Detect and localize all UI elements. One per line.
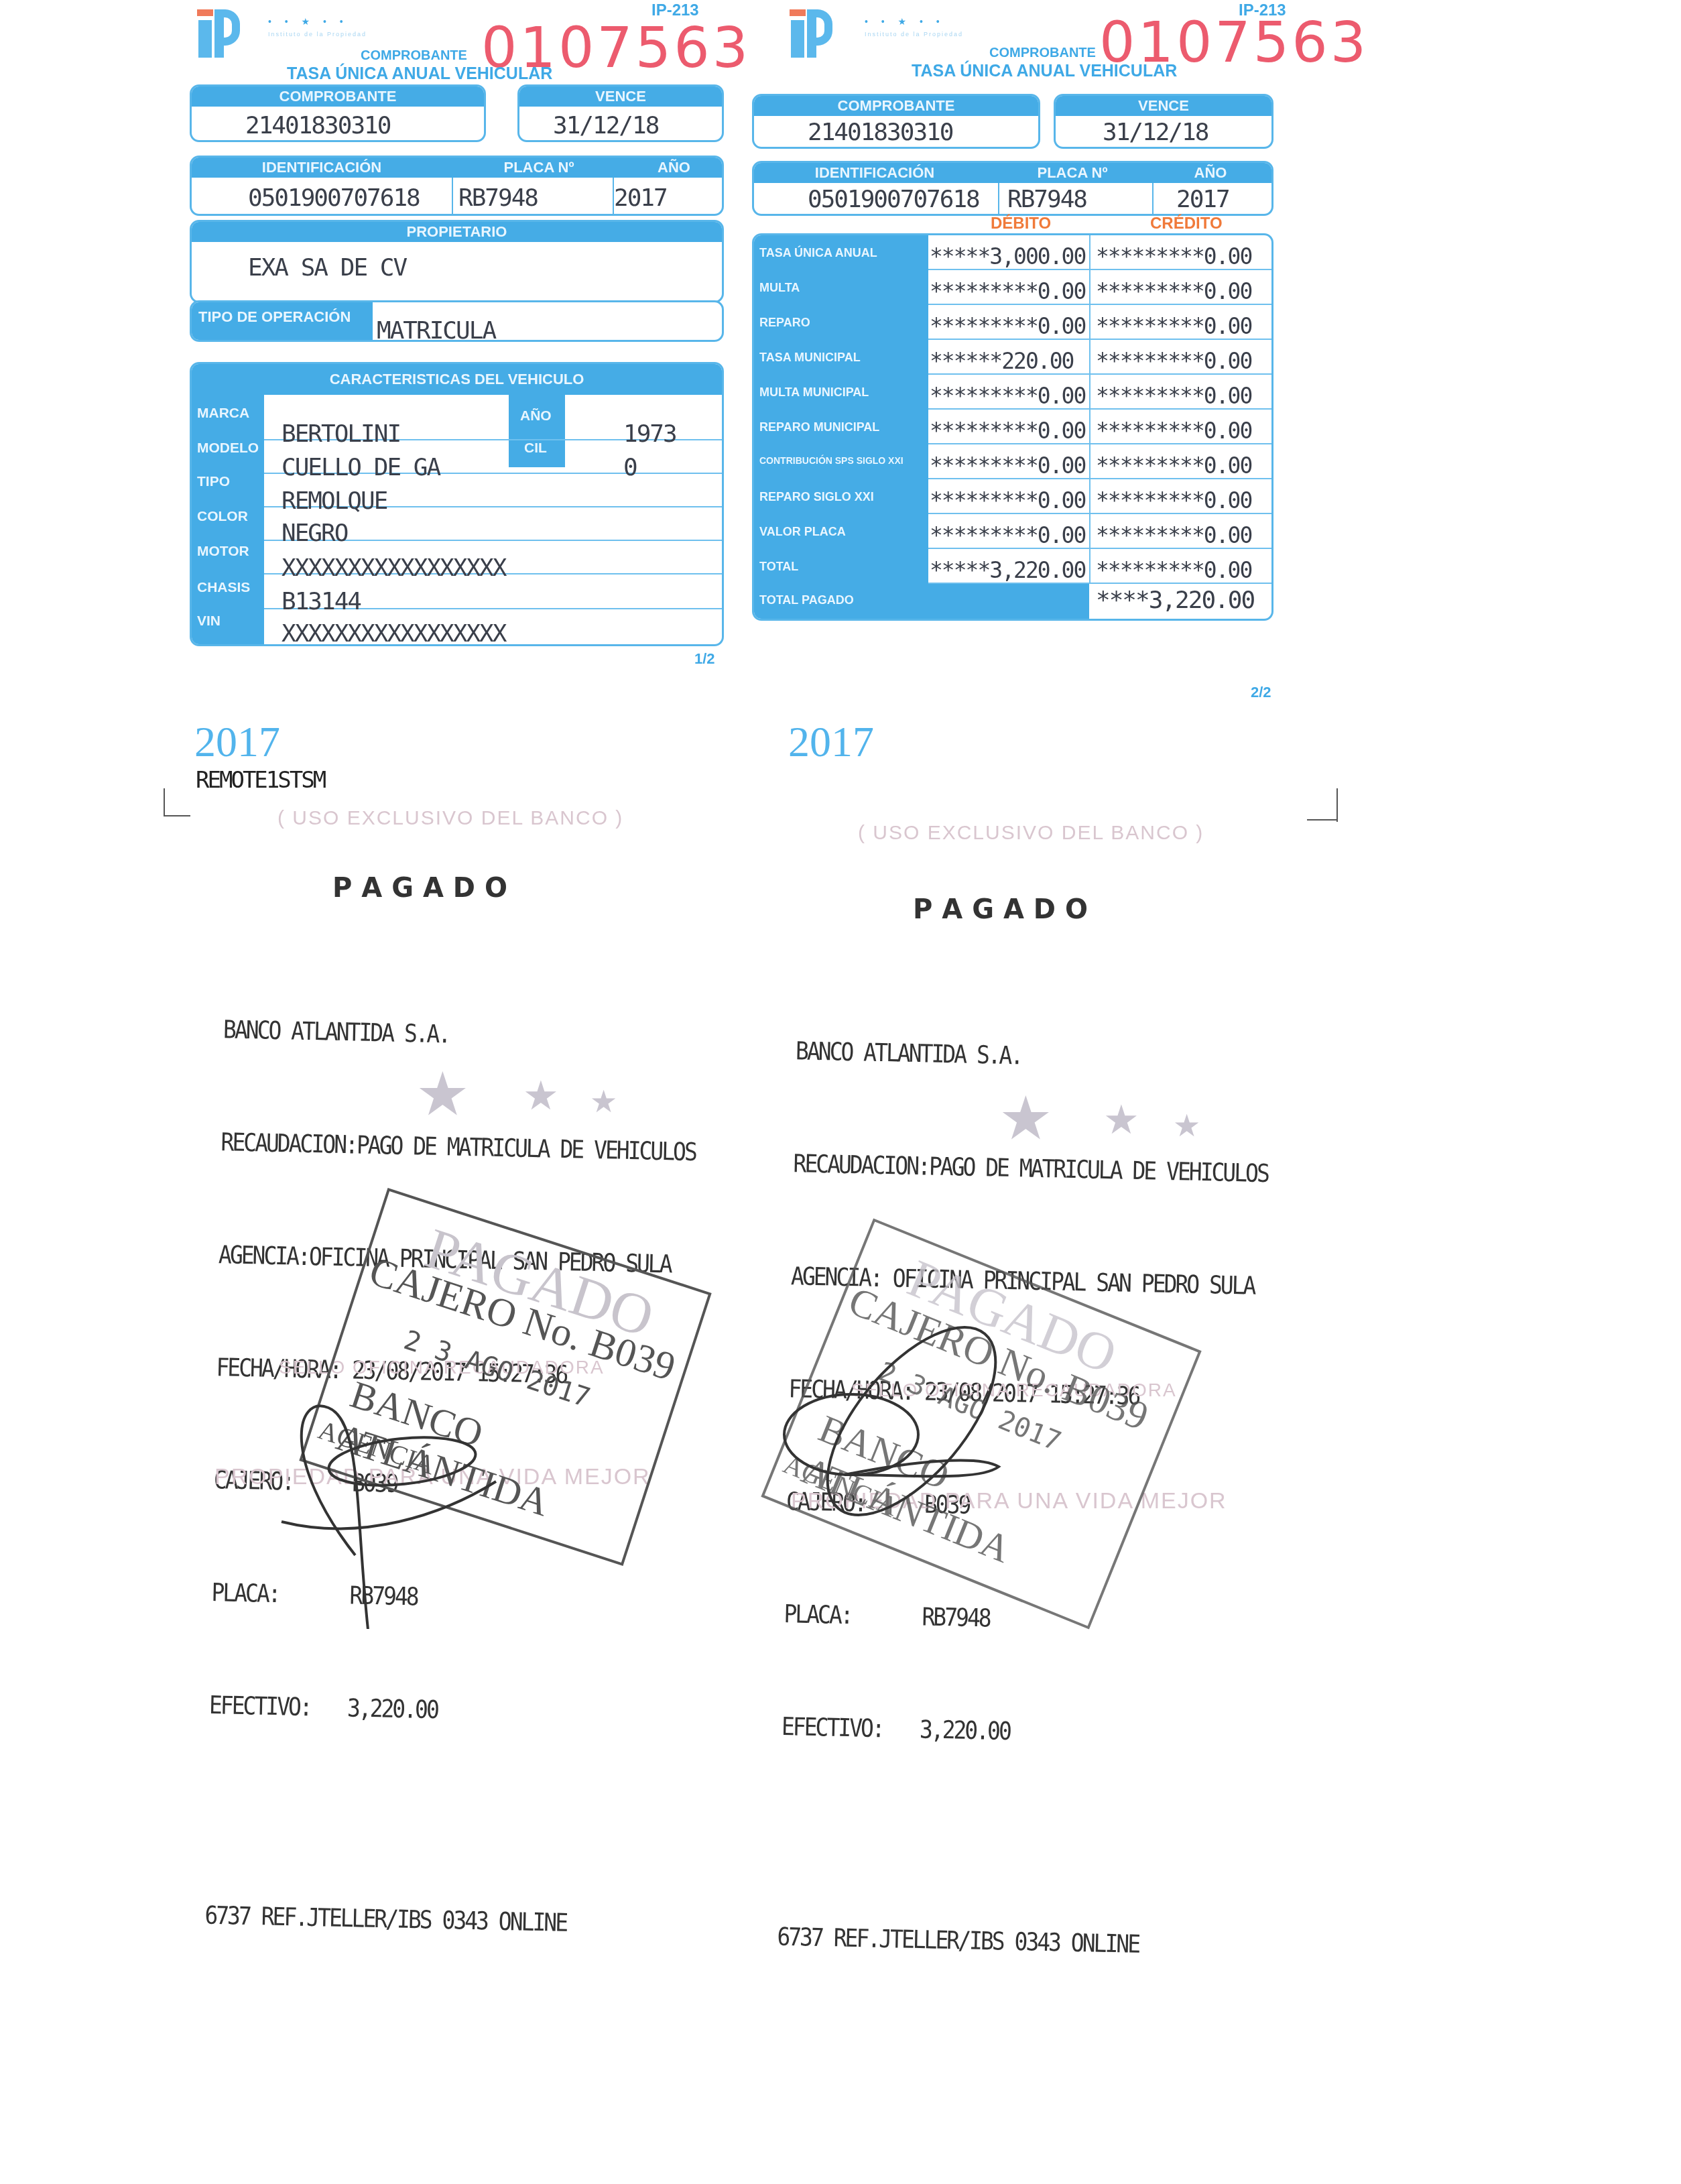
placa-header: PLACA Nº [452, 158, 626, 178]
star-icon: ★ [523, 1073, 559, 1119]
comprobante-header: COMPROBANTE [754, 96, 1038, 116]
debito-value: *********0.00 [930, 383, 1085, 409]
crop-mark [1307, 819, 1338, 821]
institution-name: Instituto de la Propiedad [268, 31, 367, 38]
debito-header: DÉBITO [991, 215, 1051, 233]
placa-value: RB7948 [1007, 186, 1086, 213]
modelo-value: CUELLO DE GA [282, 454, 440, 481]
year-watermark-left: 2017 [194, 717, 280, 767]
stars-icon: • • ★ • • [268, 16, 349, 27]
chasis-label: CHASIS [197, 580, 250, 596]
charge-label: REPARO SIGLO XXI [759, 490, 874, 504]
receipt-reference: 6737 REF.JTELLER/IBS 0343 ONLINE [777, 1918, 1252, 1965]
credito-value: *********0.00 [1096, 522, 1251, 548]
tipo-operacion-value: MATRICULA [377, 317, 495, 342]
propietario-header: PROPIETARIO [192, 222, 722, 242]
signature [777, 1314, 1126, 1609]
charge-label: TOTAL [759, 560, 798, 574]
vence-value: 31/12/18 [1103, 119, 1208, 146]
signature [268, 1381, 670, 1629]
charge-label: MULTA MUNICIPAL [759, 385, 869, 400]
tipo-operacion-label: TIPO DE OPERACIÓN [192, 302, 373, 340]
bank-use-label-left: ( USO EXCLUSIVO DEL BANCO ) [277, 807, 623, 830]
credito-value: *********0.00 [1096, 452, 1251, 479]
charge-label: MULTA [759, 281, 800, 295]
cil-label: CIL [524, 440, 547, 457]
identificacion-header: IDENTIFICACIÓN [754, 163, 995, 183]
crop-mark [164, 788, 165, 816]
ano-vehiculo-label: AÑO [520, 408, 552, 424]
motor-value: XXXXXXXXXXXXXXXXX [282, 554, 505, 582]
marca-value: BERTOLINI [282, 420, 400, 448]
charge-label: TASA ÚNICA ANUAL [759, 246, 877, 260]
credito-value: *********0.00 [1096, 383, 1251, 409]
ip-logo [196, 7, 243, 59]
pagado-status: P A G A D O [332, 873, 507, 904]
charge-label: CONTRIBUCIÓN SPS SIGLO XXI [759, 455, 904, 466]
comprobante-value: 21401830310 [808, 119, 952, 146]
debito-value: *****3,000.00 [930, 243, 1085, 269]
vence-header: VENCE [519, 86, 722, 107]
debito-value: *********0.00 [930, 522, 1085, 548]
comprobante-box: COMPROBANTE 21401830310 [752, 94, 1040, 149]
form-title: TASA ÚNICA ANUAL VEHICULAR [287, 64, 552, 84]
charge-label: TASA MUNICIPAL [759, 351, 861, 365]
row-divider [928, 373, 1271, 375]
row-divider [928, 443, 1271, 444]
tipo-value: REMOLQUE [282, 487, 387, 515]
remote-id: REMOTE1STSM [196, 767, 324, 794]
efectivo-label: EFECTIVO: [781, 1708, 920, 1748]
propietario-value: EXA SA DE CV [248, 254, 406, 282]
ano-header: AÑO [1149, 163, 1271, 183]
bank-use-label-right: ( USO EXCLUSIVO DEL BANCO ) [858, 822, 1204, 845]
debito-value: ******220.00 [930, 348, 1073, 374]
vence-value: 31/12/18 [553, 112, 658, 139]
star-icon: ★ [1103, 1097, 1139, 1144]
crop-mark [1336, 788, 1338, 822]
identificacion-box: IDENTIFICACIÓN PLACA Nº AÑO 050190070761… [752, 161, 1273, 216]
credito-value: *********0.00 [1096, 313, 1251, 339]
page-indicator: 2/2 [1251, 684, 1271, 701]
identificacion-value: 0501900707618 [808, 186, 979, 213]
pagado-status: P A G A D O [913, 894, 1088, 925]
ip-logo [788, 7, 835, 59]
vehicle-header: CARACTERISTICAS DEL VEHICULO [192, 364, 722, 395]
identificacion-value: 0501900707618 [248, 184, 420, 212]
credito-value: *********0.00 [1096, 348, 1251, 374]
vence-box: VENCE 31/12/18 [517, 84, 724, 142]
vin-value: XXXXXXXXXXXXXXXXX [282, 620, 505, 646]
year-watermark-right: 2017 [788, 717, 874, 767]
page-indicator: 1/2 [694, 650, 715, 668]
vence-box: VENCE 31/12/18 [1054, 94, 1273, 149]
credito-value: *********0.00 [1096, 418, 1251, 444]
credito-value: *********0.00 [1096, 487, 1251, 513]
star-icon: ★ [1173, 1107, 1200, 1144]
row-divider [928, 408, 1271, 410]
debito-value: *********0.00 [930, 487, 1085, 513]
debito-value: *********0.00 [930, 278, 1085, 304]
form-title: TASA ÚNICA ANUAL VEHICULAR [912, 62, 1177, 81]
ano-value: 2017 [1176, 186, 1229, 213]
identificacion-box: IDENTIFICACIÓN PLACA Nº AÑO 050190070761… [190, 156, 724, 216]
charges-table: TASA ÚNICA ANUAL*****3,000.00*********0.… [752, 233, 1273, 621]
row-divider [928, 478, 1271, 479]
identificacion-header: IDENTIFICACIÓN [192, 158, 452, 178]
row-divider [928, 548, 1271, 549]
comprobante-box: COMPROBANTE 21401830310 [190, 84, 486, 142]
receipt-bank: BANCO ATLANTIDA S.A. [223, 1011, 698, 1058]
star-icon: ★ [999, 1083, 1053, 1154]
credito-header: CRÉDITO [1150, 215, 1223, 233]
credito-value: *********0.00 [1096, 557, 1251, 583]
placa-header: PLACA Nº [995, 163, 1149, 183]
star-icon: ★ [590, 1083, 617, 1119]
receipt-bank: BANCO ATLANTIDA S.A. [795, 1032, 1270, 1080]
total-pagado-label: TOTAL PAGADO [759, 593, 854, 607]
debito-value: *********0.00 [930, 313, 1085, 339]
ano-vehiculo-value: 1973 [623, 420, 676, 448]
row-divider [928, 513, 1271, 514]
institution-name: Instituto de la Propiedad [865, 31, 963, 38]
color-value: NEGRO [282, 520, 347, 547]
receipt-recaudacion: RECAUDACION:PAGO DE MATRICULA DE VEHICUL… [221, 1124, 696, 1171]
vin-label: VIN [197, 613, 221, 629]
efectivo-value: 3,220.00 [919, 1715, 1010, 1746]
placa-value: RB7948 [458, 184, 538, 212]
comprobante-header: COMPROBANTE [192, 86, 484, 107]
row-divider [928, 304, 1271, 305]
row-divider [928, 269, 1271, 270]
efectivo-value: 3,220.00 [347, 1693, 438, 1724]
crop-mark [164, 815, 190, 816]
motor-label: MOTOR [197, 544, 249, 560]
debito-value: *********0.00 [930, 452, 1085, 479]
ano-header: AÑO [626, 158, 722, 178]
ano-value: 2017 [614, 184, 667, 212]
marca-label: MARCA [197, 406, 249, 422]
debito-value: *****3,220.00 [930, 557, 1085, 583]
star-icon: ★ [416, 1059, 470, 1130]
tipo-operacion-box: TIPO DE OPERACIÓN MATRICULA [190, 300, 724, 342]
cil-value: 0 [623, 454, 637, 481]
credito-value: *********0.00 [1096, 278, 1251, 304]
modelo-label: MODELO [197, 440, 259, 457]
chasis-value: B13144 [282, 588, 361, 615]
credito-value: *********0.00 [1096, 243, 1251, 269]
propietario-box: PROPIETARIO EXA SA DE CV [190, 220, 724, 303]
stars-icon: • • ★ • • [865, 16, 945, 27]
row-divider [928, 583, 1271, 584]
vehicle-box: CARACTERISTICAS DEL VEHICULO MARCA MODEL… [190, 362, 724, 646]
efectivo-label: EFECTIVO: [208, 1687, 347, 1727]
comprobante-label: COMPROBANTE [361, 48, 467, 64]
charge-label: REPARO [759, 316, 810, 330]
comprobante-value: 21401830310 [245, 112, 390, 139]
vence-header: VENCE [1056, 96, 1271, 116]
row-divider [928, 339, 1271, 340]
charge-label: VALOR PLACA [759, 525, 846, 539]
tipo-label: TIPO [197, 474, 230, 490]
receipt-reference: 6737 REF.JTELLER/IBS 0343 ONLINE [204, 1896, 680, 1944]
comprobante-label: COMPROBANTE [989, 46, 1096, 61]
total-pagado-value: ****3,220.00 [1096, 587, 1254, 614]
charge-label: REPARO MUNICIPAL [759, 420, 879, 434]
debito-value: *********0.00 [930, 418, 1085, 444]
color-label: COLOR [197, 509, 248, 525]
